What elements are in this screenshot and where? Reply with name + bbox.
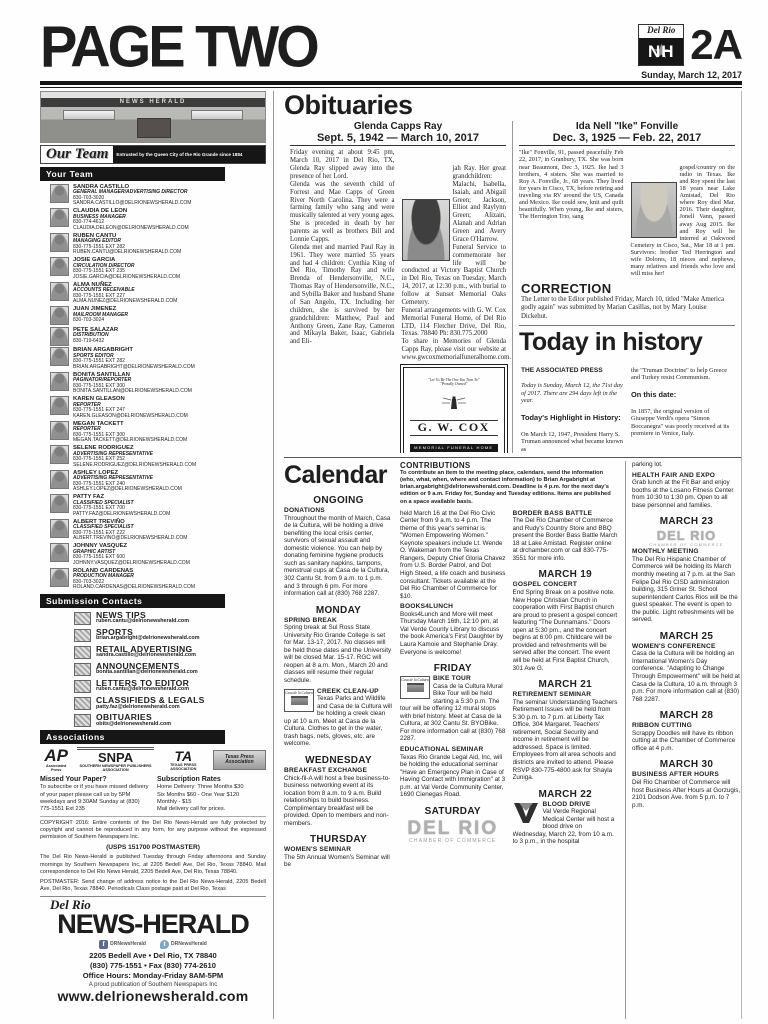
facebook-icon: f <box>99 940 108 949</box>
obituary-name: Ida Nell "Ike" Fonville <box>519 121 735 132</box>
contributions-heading: CONTRIBUTIONS <box>400 461 618 470</box>
calendar-entry-title: RETIREMENT SEMINAR <box>513 691 619 699</box>
subscription-rate-line: Mail delivery call for prices. <box>157 806 266 813</box>
byline: THE ASSOCIATED PRESS <box>521 367 623 375</box>
twitter-icon: t <box>160 940 169 949</box>
obituaries-heading: Obituaries <box>284 91 741 119</box>
staff-email: JOSIE.GARCIA@DELRIONEWSHERALD.COM <box>73 275 180 281</box>
contact-email: sandra.castillo@delrionewsherald.com <box>96 653 196 659</box>
calendar-item: MARCH 30BUSINESS AFTER HOURSDel Rio Cham… <box>632 755 741 809</box>
staff-entry: PATTY FAZCLASSIFIED SPECIALIST830-775-15… <box>50 494 266 517</box>
calendar-item: BORDER BASS BATTLEThe Del Rio Chamber of… <box>513 510 619 563</box>
calendar-entry-title: GOSPEL CONCERT <box>513 581 619 589</box>
calendar-item: MARCH 25WOMEN'S CONFERENCECasa de la Cul… <box>632 627 741 703</box>
calendar-heading: Calendar <box>284 461 393 490</box>
ad-tagline: "Let Us Be The One You Turn To" "Proudly… <box>406 378 503 387</box>
calendar-day-heading: MARCH 21 <box>513 679 619 690</box>
highlight-body: On March 12, 1947, President Harry S. Tr… <box>521 431 623 453</box>
staff-photo <box>50 257 69 276</box>
footer-brand: Del Rio NEWS-HERALD f DRNewsHerald t DRN… <box>40 896 266 1004</box>
obituary-text-col1: "Ike" Fonville, 91, passed peacefully Fe… <box>519 149 624 277</box>
our-team-title: Our Team <box>41 146 113 163</box>
staff-email: SELENE.RODRIGUEZ@DELRIONEWSHERALD.COM <box>73 463 196 469</box>
calendar-item: MARCH 19GOSPEL CONCERTEnd Spring Break o… <box>513 565 619 672</box>
newsherald-logo: Del Rio ★ NH <box>638 24 684 66</box>
submission-contacts-bar: Submission Contacts <box>40 594 225 608</box>
calendar-day-heading: MARCH 22 <box>513 789 619 800</box>
page-number: 2A <box>690 21 742 69</box>
calendar-day-heading: MARCH 30 <box>632 759 741 770</box>
submission-contact: SPORTSbrian.argabright@delrionewsherald.… <box>74 628 266 643</box>
building-photo: NEWS HERALD <box>40 91 266 143</box>
calendar-entry-body: Scrappy Doodles will have its ribbon cut… <box>632 730 741 753</box>
calendar-entry-title: MONTHLY MEETING <box>632 548 741 556</box>
calendar-column-1: Calendar ONGOINGDONATIONSThroughout the … <box>284 461 393 1019</box>
calendar-item: held March 16 at the Del Rio Civic Cente… <box>400 510 506 601</box>
del-rio-chamber-logo: DEL RIOCHAMBER OF COMMERCE <box>400 819 506 844</box>
staff-entry: MEGAN TACKETTREPORTER830-775-1551 EXT 30… <box>50 421 266 444</box>
staff-entry: ROLAND CARDENASPRODUCTION MANAGER830-703… <box>50 568 266 591</box>
our-team-banner: Our Team Entrusted by the Queen City of … <box>40 145 266 164</box>
on-this-date-heading: On this date: <box>631 391 733 400</box>
correction-heading: CORRECTION <box>521 281 733 296</box>
staff-entry: JOHNNY VASQUEZGRAPHIC ARTIST830-775-1551… <box>50 543 266 566</box>
associations-bar: Associations <box>40 730 225 744</box>
casa-de-la-cultura-logo: Casa de la Cultura <box>400 676 430 699</box>
staff-photo <box>50 568 69 587</box>
obituary-text-col1: Friday evening at about 9:45 pm, March 1… <box>290 149 395 453</box>
staff-entry: ASHLEY LOPEZADVERTISING REPRESENTATIVE83… <box>50 470 266 493</box>
vvrmc-logo <box>513 801 539 825</box>
footer-phone: (830) 775-1551 • Fax (830) 774-2610 <box>40 961 266 971</box>
contact-thumbnail <box>74 714 91 727</box>
twitter-link: t DRNewsHerald <box>160 940 207 949</box>
calendar-entry-body: Del Rio Chamber of Commerce will host Bu… <box>632 779 741 809</box>
facebook-link: f DRNewsHerald <box>99 940 146 949</box>
submission-contact: OBITUARIESobits@delrionewsherald.com <box>74 713 266 728</box>
today-in-history-heading: Today in history <box>519 325 735 357</box>
masthead: PAGE TWO Del Rio ★ NH 2A Sunday, March 1… <box>40 8 742 80</box>
staff-photo <box>50 396 69 415</box>
contact-thumbnail <box>74 680 91 693</box>
calendar-day-heading: THURSDAY <box>284 834 393 845</box>
calendar-item: WEDNESDAYBREAKFAST EXCHANGEChick-fil-A w… <box>284 751 393 827</box>
staff-entry: PETE SALAZARDISTRIBUTION830-719-6432 <box>50 327 266 346</box>
staff-photo <box>50 306 69 325</box>
calendar-item: FRIDAYCasa de la CulturaBIKE TOURCasa de… <box>400 659 506 743</box>
calendar-entry-body: The Del Rio Chamber of Commerce and Rudy… <box>513 517 619 562</box>
correction-section: CORRECTION The Letter to the Editor publ… <box>519 281 735 321</box>
staff-photo <box>50 470 69 489</box>
building-sign: NEWS HERALD <box>41 99 265 105</box>
calendar-entry-title: BUSINESS AFTER HOURS <box>632 771 741 779</box>
calendar-entry-title: WOMEN'S SEMINAR <box>284 846 393 854</box>
submission-contacts-list: NEWS TIPSruben.cantu@delrionewsherald.co… <box>40 611 266 728</box>
staff-email: BRIAN.ARGABRIGHT@DELRIONEWSHERALD.COM <box>73 365 195 371</box>
logo-script: Del Rio <box>639 25 683 38</box>
contact-thumbnail <box>74 697 91 710</box>
calendar-item: MARCH 22BLOOD DRIVEVal Verde Regional Me… <box>513 785 619 846</box>
staff-entry: JOSIE GARCIACIRCULATION DIRECTOR830-775-… <box>50 257 266 280</box>
staff-photo <box>50 184 69 203</box>
contributions-block: CONTRIBUTIONS To contribute an item to t… <box>400 461 618 510</box>
del-rio-chamber-logo: DEL RIOCHAMBER OF COMMERCE <box>632 529 741 547</box>
staff-entry: CLAUDIA DE LEONBUSINESS MANAGER830-774-4… <box>50 208 266 231</box>
calendar-entry-title: BREAKFAST EXCHANGE <box>284 767 393 775</box>
contributions-body: To contribute an item to the meeting pla… <box>400 470 618 506</box>
staff-photo <box>50 494 69 513</box>
history-intro: Today is Sunday, March 12, the 71st day … <box>521 382 623 405</box>
staff-photo <box>50 208 69 227</box>
staff-photo <box>50 347 69 366</box>
footer-website: www.delrionewsherald.com <box>40 988 266 1004</box>
page-title: PAGE TWO <box>40 12 317 80</box>
calendar-section: Calendar ONGOINGDONATIONSThroughout the … <box>284 457 741 1019</box>
calendar-entry-title: WOMEN'S CONFERENCE <box>632 643 741 651</box>
calendar-column-3: BORDER BASS BATTLEThe Del Rio Chamber of… <box>513 510 619 1019</box>
calendar-entry-body: Books4Lunch and More will meet Thursday … <box>400 611 506 656</box>
main-content: Obituaries Glenda Capps Ray Sept. 5, 194… <box>274 91 742 1019</box>
calendar-entry-body: held March 16 at the Del Rio Civic Cente… <box>400 510 506 601</box>
calendar-day-heading: MARCH 19 <box>513 569 619 580</box>
calendar-entry-body: Grab lunch at the Fit Bar and enjoy boot… <box>632 479 741 509</box>
contact-thumbnail <box>74 629 91 642</box>
obituary-name: Glenda Capps Ray <box>290 121 506 132</box>
calendar-entry-body: Chick-fil-A will host a free business-to… <box>284 775 393 828</box>
today-in-history-section: Today in history THE ASSOCIATED PRESS To… <box>519 325 735 453</box>
association-logo-ap: APAssociated Press <box>44 747 68 772</box>
usps-text: The Del Rio News-Herald is published Tue… <box>40 854 266 875</box>
subscription-rates-title: Subscription Rates <box>157 776 266 783</box>
staff-email: ROLAND.CARDENAS@DELRIONEWSHERALD.COM <box>73 585 195 591</box>
our-team-tagline: Entrusted by the Queen City of the Rio G… <box>113 146 265 163</box>
staff-photo <box>50 372 69 391</box>
staff-entry: ALBERT TREVIÑOCLASSIFIED SPECIALIST830-7… <box>50 519 266 542</box>
staff-photo <box>50 445 69 464</box>
staff-photo <box>50 327 69 346</box>
facebook-handle: DRNewsHerald <box>110 941 146 947</box>
calendar-item: THURSDAYWOMEN'S SEMINARThe 5th Annual Wo… <box>284 830 393 869</box>
calendar-entry-body: The seminar Understanding Teachers Retir… <box>513 699 619 782</box>
obituary-ida-fonville: Ida Nell "Ike" Fonville Dec. 3, 1925 — F… <box>512 121 741 453</box>
today-in-history-col1: THE ASSOCIATED PRESS Today is Sunday, Ma… <box>521 359 623 453</box>
calendar-entry-title: RIBBON CUTTING <box>632 722 741 730</box>
contact-thumbnail <box>74 612 91 625</box>
staff-entry: BRIAN ARGABRIGHTSPORTS EDITOR830-775-155… <box>50 347 266 370</box>
staff-entry: SANDRA CASTILLOGENERAL MANAGER/ADVERTISI… <box>50 184 266 207</box>
staff-phone: 830-703-3024 <box>73 318 128 324</box>
staff-photo <box>50 421 69 440</box>
contact-thumbnail <box>74 646 91 659</box>
calendar-entry-title: BORDER BASS BATTLE <box>513 510 619 518</box>
staff-phone: 830-719-6432 <box>73 339 118 345</box>
staff-email: ALMA.NUNEZ@DELRIONEWSHERALD.COM <box>73 299 177 305</box>
calendar-item: MARCH 28RIBBON CUTTINGScrappy Doodles wi… <box>632 706 741 752</box>
brand-name: NEWS-HERALD <box>40 911 266 938</box>
staff-email: BONITA.SANTILLAN@DELRIONEWSHERALD.COM <box>73 389 192 395</box>
ad-company-name: G. W. COX <box>410 420 499 436</box>
calendar-column-4: parking lot.HEALTH FAIR AND EXPOGrab lun… <box>625 461 741 1019</box>
obituary-dates: Dec. 3, 1925 — Feb. 22, 2017 <box>519 132 735 146</box>
calendar-day-heading: MARCH 25 <box>632 631 741 642</box>
calendar-entry-body: The Del Rio Hispanic Chamber of Commerce… <box>632 556 741 624</box>
calendar-entry-title: EDUCATIONAL SEMINAR <box>400 746 506 754</box>
staff-entry: ALMA NUÑEZACCOUNTS RECEIVABLE830-775-155… <box>50 282 266 305</box>
calendar-item: HEALTH FAIR AND EXPOGrab lunch at the Fi… <box>632 472 741 510</box>
staff-email: MEGAN.TACKETT@DELRIONEWSHERALD.COM <box>73 438 187 444</box>
contact-email: bonita.santillan@delrionewsherald.com <box>96 670 198 676</box>
obituary-dates: Sept. 5, 1942 — March 10, 2017 <box>290 132 506 146</box>
submission-contact: NEWS TIPSruben.cantu@delrionewsherald.co… <box>74 611 266 626</box>
staff-email: ASHLEY.LOPEZ@DELRIONEWSHERALD.COM <box>73 487 182 493</box>
subscription-rates-list: Home Delivery: Three Months $30Six Month… <box>157 784 266 813</box>
staff-photo <box>50 519 69 538</box>
contact-email: obits@delrionewsherald.com <box>96 722 171 728</box>
staff-photo <box>50 233 69 252</box>
submission-contact: CLASSIFIEDS & LEGALSpatty.faz@delrionews… <box>74 696 266 711</box>
missed-paper-block: Missed Your Paper? To subscribe or if yo… <box>40 776 149 813</box>
logo-letters: NH <box>648 42 675 62</box>
calendar-day-heading: MARCH 28 <box>632 710 741 721</box>
staff-entry: KAREN GLEASONREPORTER830-775-1551 EXT 24… <box>50 396 266 419</box>
missed-paper-title: Missed Your Paper? <box>40 776 149 783</box>
staff-entry: RUBEN CANTUMANAGING EDITOR830-775-1551 E… <box>50 233 266 256</box>
staff-photo <box>50 543 69 562</box>
missed-paper-body: To subscribe or if you have missed deliv… <box>40 784 149 813</box>
calendar-entry-body: parking lot. <box>632 461 741 469</box>
calendar-entry-title: HEALTH FAIR AND EXPO <box>632 472 741 480</box>
staff-email: JOHNNY.VASQUEZ@DELRIONEWSHERALD.COM <box>73 561 190 567</box>
subscription-rate-line: Six Months $60 - One Year $120 <box>157 792 266 799</box>
footer-hours: Office Hours: Monday-Friday 8AM-5PM <box>40 971 266 981</box>
calendar-entry-body: End Spring Break on a positive note. New… <box>513 589 619 672</box>
calendar-item: MARCH 21RETIREMENT SEMINARThe seminar Un… <box>513 675 619 782</box>
obituary-glenda-ray: Glenda Capps Ray Sept. 5, 1942 — March 1… <box>284 121 512 453</box>
sidebar: NEWS HERALD Our Team Entrusted by the Qu… <box>40 91 274 1019</box>
staff-email: PATTY.FAZ@DELRIONEWSHERALD.COM <box>73 512 170 518</box>
subscription-rate-line: Monthly - $15 <box>157 799 266 806</box>
postmaster-text: POSTMASTER: Send change of address notic… <box>40 879 266 893</box>
staff-email: KAREN.GLEASON@DELRIONEWSHERALD.COM <box>73 414 188 420</box>
calendar-entry-title: DONATIONS <box>284 507 393 515</box>
staff-email: CLAUDIA.DELEON@DELRIONEWSHERALD.COM <box>73 226 189 232</box>
calendar-item: ONGOINGDONATIONSThroughout the month of … <box>284 491 393 598</box>
calendar-entry-body: Throughout the month of March, Casa de l… <box>284 515 393 598</box>
staff-list: SANDRA CASTILLOGENERAL MANAGER/ADVERTISI… <box>40 184 266 591</box>
usps-title: (USPS 151700 POSTMASTER) <box>40 844 266 851</box>
calendar-item: Casa de la CulturaCREEK CLEAN-UPTexas Pa… <box>284 688 393 748</box>
ad-company-subtitle: MEMORIAL FUNERAL HOME <box>410 444 499 452</box>
staff-entry: JUAN JIMENEZMAILROOM MANAGER830-703-3024 <box>50 306 266 325</box>
contact-email: ruben.cantu@delrionewsherald.com <box>96 687 189 693</box>
edition-date: Sunday, March 12, 2017 <box>638 70 742 80</box>
calendar-entry-title: SPRING BREAK <box>284 617 393 625</box>
masthead-rule <box>40 81 742 88</box>
obituary-portrait-photo <box>631 182 677 238</box>
contact-email: patty.faz@delrionewsherald.com <box>96 705 205 711</box>
staff-email: SANDRA.CASTILLO@DELRIONEWSHERALD.COM <box>73 201 191 207</box>
newspaper-page: PAGE TWO Del Rio ★ NH 2A Sunday, March 1… <box>0 0 768 1024</box>
lighthouse-icon <box>441 395 467 411</box>
staff-entry: BONITA SANTILLANPAGINATOR/REPORTER830-77… <box>50 372 266 395</box>
staff-email: RUBEN.CANTU@DELRIONEWSHERALD.COM <box>73 250 181 256</box>
calendar-column-2: held March 16 at the Del Rio Civic Cente… <box>400 510 506 1019</box>
association-logo-banner: Texas Press Association <box>213 750 266 770</box>
calendar-item: MARCH 23DEL RIOCHAMBER OF COMMERCEMONTHL… <box>632 512 741 624</box>
subscription-rate-line: Home Delivery: Three Months $30 <box>157 784 266 791</box>
calendar-item: BOOKS4LUNCHBooks4Lunch and More will mee… <box>400 603 506 656</box>
today-in-history-col2: the "Truman Doctrine" to help Greece and… <box>631 359 733 453</box>
calendar-day-heading: WEDNESDAY <box>284 755 393 766</box>
casa-de-la-cultura-logo: Casa de la Cultura <box>284 689 314 712</box>
correction-body: The Letter to the Editor published Frida… <box>521 296 733 321</box>
submission-contact: RETAIL ADVERTISINGsandra.castillo@delrio… <box>74 645 266 660</box>
calendar-day-heading: MARCH 23 <box>632 516 741 527</box>
calendar-entry-title: BOOKS4LUNCH <box>400 603 506 611</box>
association-logos: APAssociated PressSNPASOUTHERN NEWSPAPER… <box>44 747 266 772</box>
calendar-item: EDUCATIONAL SEMINARTexas Rio Grande Lega… <box>400 746 506 799</box>
staff-email: ALBERT.TREVINO@DELRIONEWSHERALD.COM <box>73 536 187 542</box>
subscription-rates-block: Subscription Rates Home Delivery: Three … <box>157 776 266 813</box>
contact-email: brian.argabright@delrionewsherald.com <box>96 636 200 642</box>
calendar-day-heading: FRIDAY <box>400 663 506 674</box>
calendar-day-heading: SATURDAY <box>400 806 506 817</box>
copyright-text: COPYRIGHT 2016: Entire contents of the D… <box>40 816 266 841</box>
calendar-entry-body: Casa de la Cultura will be holding an In… <box>632 650 741 703</box>
obituary-text-col2: jah Ray. Her great grandchildren: Malach… <box>402 149 507 453</box>
staff-photo <box>50 282 69 301</box>
calendar-day-heading: MONDAY <box>284 605 393 616</box>
calendar-item: SATURDAYDEL RIOCHAMBER OF COMMERCE <box>400 802 506 845</box>
obituaries-section: Obituaries Glenda Capps Ray Sept. 5, 194… <box>284 91 741 453</box>
highlight-continued: the "Truman Doctrine" to help Greece and… <box>631 367 733 382</box>
contact-email: ruben.cantu@delrionewsherald.com <box>96 619 189 625</box>
association-logo-snpa: SNPASOUTHERN NEWSPAPER PUBLISHERS ASSOCI… <box>77 747 153 772</box>
calendar-entry-body: The 5th Annual Women's Seminar will be <box>284 854 393 869</box>
obituary-portrait-photo <box>402 199 450 261</box>
submission-contact: LETTERS TO EDITORruben.cantu@delrionewsh… <box>74 679 266 694</box>
calendar-item: parking lot. <box>632 461 741 469</box>
association-logo-tpa: TATEXAS PRESS ASSOCIATION <box>163 749 204 771</box>
twitter-handle: DRNewsHerald <box>171 941 207 947</box>
contact-thumbnail <box>74 663 91 676</box>
footer-address: 2205 Bedell Ave • Del Rio, TX 78840 <box>40 951 266 961</box>
your-team-bar: Your Team <box>40 167 225 181</box>
calendar-item: MONDAYSPRING BREAKSpring break at Sul Ro… <box>284 601 393 685</box>
staff-entry: SELENE RODRIGUEZADVERTISING REPRESENTATI… <box>50 445 266 468</box>
highlight-heading: Today's Highlight in History: <box>521 414 623 423</box>
calendar-entry-body: Texas Rio Grande Legal Aid, Inc, will be… <box>400 754 506 799</box>
submission-contact: ANNOUNCEMENTSbonita.santillan@delrionews… <box>74 662 266 677</box>
obituary-text-col2: gospel/country on the radio in Texas. Ik… <box>631 149 736 277</box>
calendar-entry-body: Spring break at Sul Ross State Universit… <box>284 624 393 684</box>
on-this-date-body: In 1857, the original version of Giusepp… <box>631 408 733 438</box>
calendar-day-heading: ONGOING <box>284 495 393 506</box>
gwcox-funeral-home-ad: "Let Us Be The One You Turn To" "Proudly… <box>403 367 506 453</box>
